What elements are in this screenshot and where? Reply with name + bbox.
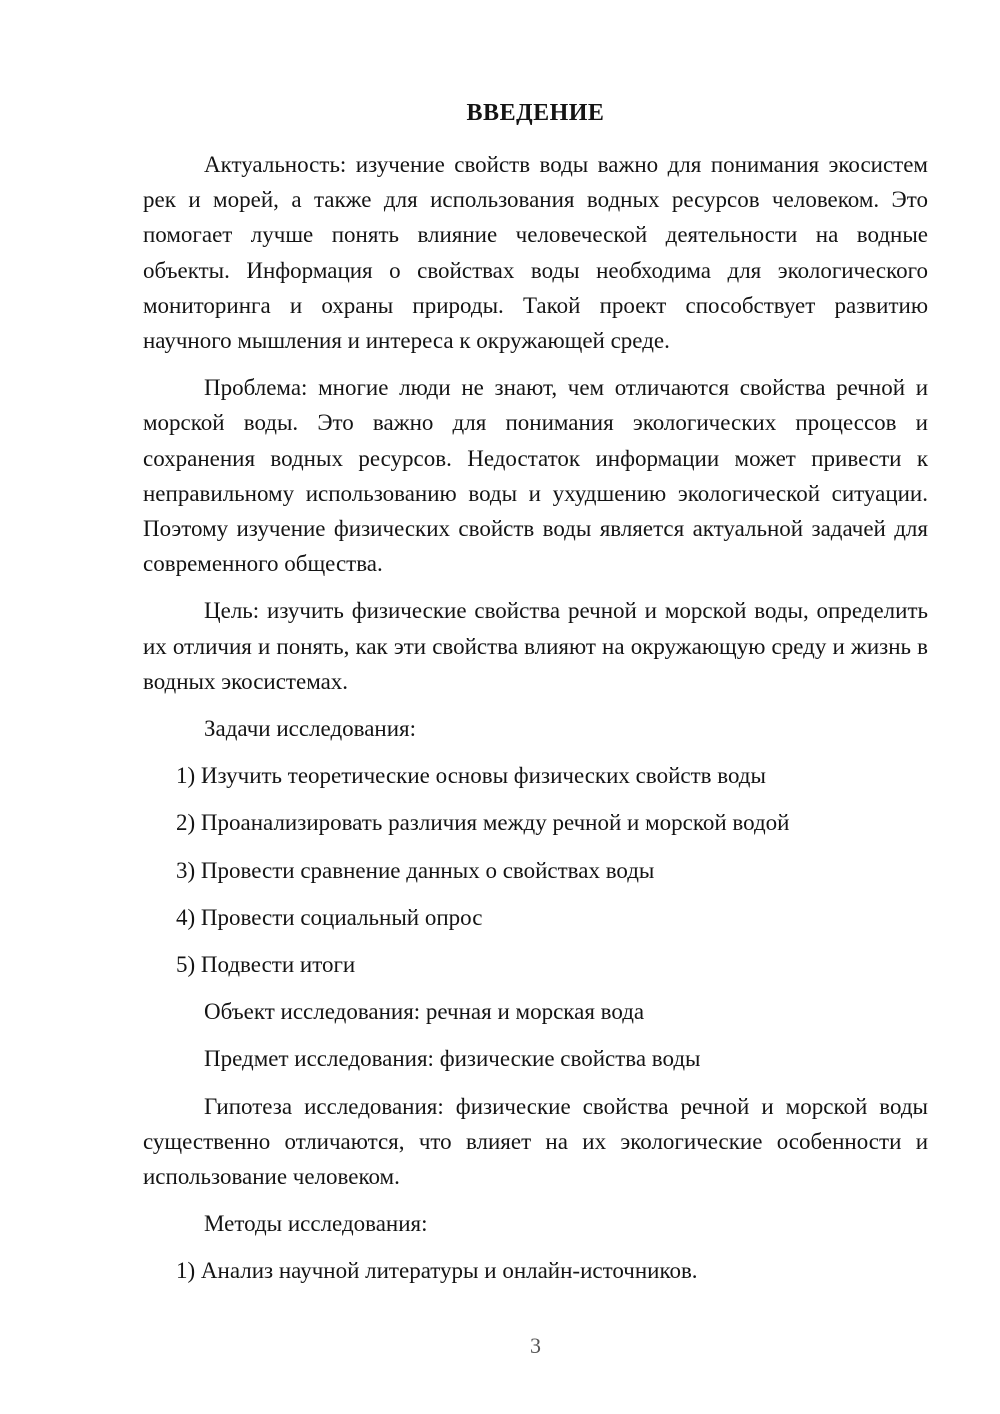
task-item-2: 2) Проанализировать различия между речно… <box>176 805 928 840</box>
task-item-1: 1) Изучить теоретические основы физическ… <box>176 758 928 793</box>
object-line: Объект исследования: речная и морская во… <box>143 994 928 1029</box>
methods-label: Методы исследования: <box>143 1206 928 1241</box>
page-title: ВВЕДЕНИЕ <box>143 96 928 131</box>
task-item-3: 3) Провести сравнение данных о свойствах… <box>176 853 928 888</box>
paragraph-problem: Проблема: многие люди не знают, чем отли… <box>143 370 928 581</box>
task-item-4: 4) Провести социальный опрос <box>176 900 928 935</box>
paragraph-hypothesis: Гипотеза исследования: физические свойст… <box>143 1089 928 1195</box>
task-item-5: 5) Подвести итоги <box>176 947 928 982</box>
document-page: ВВЕДЕНИЕ Актуальность: изучение свойств … <box>0 0 1000 1414</box>
paragraph-relevance: Актуальность: изучение свойств воды важн… <box>143 147 928 358</box>
tasks-label: Задачи исследования: <box>143 711 928 746</box>
page-number: 3 <box>143 1328 928 1363</box>
subject-line: Предмет исследования: физические свойств… <box>143 1041 928 1076</box>
paragraph-goal: Цель: изучить физические свойства речной… <box>143 593 928 699</box>
method-item-1: 1) Анализ научной литературы и онлайн-ис… <box>176 1253 928 1288</box>
